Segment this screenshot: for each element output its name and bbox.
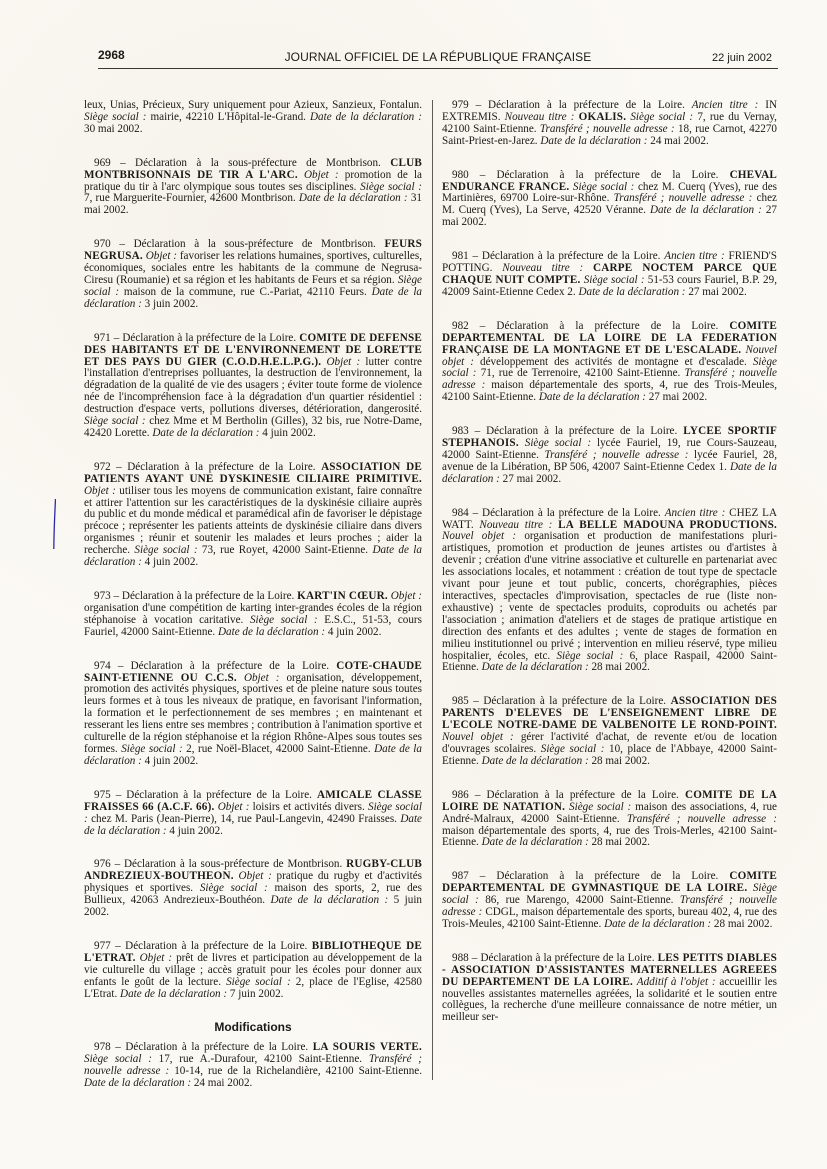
declaration-entry: 969 – Déclaration à la sous-préfecture d…: [84, 158, 422, 218]
declaration-entry: 981 – Déclaration à la préfecture de la …: [442, 251, 777, 299]
entry-intro: 971 – Déclaration à la préfecture de la …: [94, 332, 296, 344]
section-heading-modifications: Modifications: [84, 1022, 422, 1034]
declaration-entry: 986 – Déclaration à la préfecture de la …: [442, 790, 777, 850]
entry-date: 4 juin 2002.: [169, 825, 223, 837]
entry-siege: 86, rue Marengo, 42000 Saint-Etienne.: [485, 894, 673, 906]
entry-date: 28 mai 2002.: [591, 836, 649, 848]
entry-date: 28 mai 2002.: [591, 661, 649, 673]
declaration-entry: 971 – Déclaration à la préfecture de la …: [84, 333, 422, 440]
declaration-entry: 974 – Déclaration à la préfecture de la …: [84, 661, 422, 768]
entry-intro: 976 – Déclaration à la sous-préfecture d…: [94, 858, 342, 870]
left-entries: 969 – Déclaration à la sous-préfecture d…: [84, 158, 422, 1001]
association-name: KART'IN CŒUR.: [297, 590, 388, 602]
entry-intro: 982 – Déclaration à la préfecture de la …: [452, 320, 718, 332]
entry-siege: maison de la commune, rue C.-Pariat, 421…: [124, 286, 367, 298]
right-entries: 979 – Déclaration à la préfecture de la …: [442, 100, 777, 1024]
right-column: 979 – Déclaration à la préfecture de la …: [442, 100, 777, 1046]
entry-intro: 983 – Déclaration à la préfecture de la …: [452, 425, 677, 437]
entry-intro: 987 – Déclaration à la préfecture de la …: [452, 870, 718, 882]
entry-siege: chez M. Paris (Jean-Pierre), 14, rue Pau…: [91, 813, 397, 825]
declaration-entry: 972 – Déclaration à la préfecture de la …: [84, 462, 422, 569]
entry-intro: 980 – Déclaration à la préfecture de la …: [452, 169, 718, 181]
entry-intro: 972 – Déclaration à la préfecture de la …: [94, 461, 316, 473]
entry-siege: 71, rue de Terrenoire, 42100 Saint-Etien…: [481, 367, 681, 379]
declaration-entry: 976 – Déclaration à la sous-préfecture d…: [84, 859, 422, 919]
declaration-entry: 980 – Déclaration à la préfecture de la …: [442, 170, 777, 230]
entry-intro: 984 – Déclaration à la préfecture de la …: [452, 507, 661, 519]
entry-date: 4 juin 2002.: [145, 755, 199, 767]
declaration-entry: 977 – Déclaration à la préfecture de la …: [84, 941, 422, 1001]
entry-siege: 7, rue Marguerite-Fournier, 42600 Montbr…: [84, 192, 296, 204]
entry-date: 4 juin 2002.: [262, 427, 316, 439]
entry-date: 27 mai 2002.: [503, 473, 561, 485]
entry-intro: 988 – Déclaration à la préfecture de la …: [452, 952, 655, 964]
declaration-entry: 970 – Déclaration à la sous-préfecture d…: [84, 239, 422, 310]
journal-title: JOURNAL OFFICIEL DE LA RÉPUBLIQUE FRANÇA…: [98, 50, 778, 64]
declaration-entry: 988 – Déclaration à la préfecture de la …: [442, 953, 777, 1024]
association-name: LA BELLE MADOUNA PRODUCTIONS.: [558, 519, 777, 531]
pen-margin-mark: [53, 498, 56, 550]
entry-date: 27 mai 2002.: [649, 391, 707, 403]
entry-intro: 970 – Déclaration à la sous-préfecture d…: [94, 238, 376, 250]
column-divider: [432, 100, 433, 1080]
entry-date: 28 mai 2002.: [714, 918, 772, 930]
declaration-entry: 979 – Déclaration à la préfecture de la …: [442, 100, 777, 148]
entry-date: 27 mai 2002.: [688, 286, 746, 298]
continuation-paragraph: leux, Unias, Précieux, Sury uniquement p…: [84, 100, 422, 136]
entry-date: 3 juin 2002.: [145, 298, 199, 310]
entry-siege: 73, rue Royet, 42000 Saint-Etienne.: [202, 544, 368, 556]
declaration-entry: 983 – Déclaration à la préfecture de la …: [442, 426, 777, 486]
entry-intro: 974 – Déclaration à la préfecture de la …: [94, 660, 329, 672]
declaration-entry: 987 – Déclaration à la préfecture de la …: [442, 871, 777, 931]
entry-intro: 969 – Déclaration à la sous-préfecture d…: [94, 157, 381, 169]
declaration-entry: 973 – Déclaration à la préfecture de la …: [84, 591, 422, 639]
association-name: LA SOURIS VERTE.: [313, 1041, 422, 1053]
declaration-entry: 985 – Déclaration à la préfecture de la …: [442, 696, 777, 767]
modification-entry: 978 – Déclaration à la préfecture de la …: [84, 1042, 422, 1090]
declaration-entry: 982 – Déclaration à la préfecture de la …: [442, 321, 777, 404]
declaration-entry: 975 – Déclaration à la préfecture de la …: [84, 790, 422, 838]
entry-siege: 2, rue Noël-Blacet, 42000 Saint-Etienne.: [186, 743, 370, 755]
association-name: OKALIS.: [579, 111, 627, 123]
entry-date: 28 mai 2002.: [591, 755, 649, 767]
entry-intro: 986 – Déclaration à la préfecture de la …: [452, 789, 679, 801]
declaration-entry: 984 – Déclaration à la préfecture de la …: [442, 508, 777, 675]
entry-date: 4 juin 2002.: [328, 626, 382, 638]
entry-date: 7 juin 2002.: [230, 988, 284, 1000]
entry-date: 24 mai 2002.: [650, 135, 708, 147]
entry-intro: 977 – Déclaration à la préfecture de la …: [94, 940, 307, 952]
entry-nouvel-objet: organisation et production de manifestat…: [442, 530, 777, 661]
entry-intro: 975 – Déclaration à la préfecture de la …: [94, 789, 312, 801]
issue-date: 22 juin 2002: [712, 52, 772, 64]
entry-intro: 985 – Déclaration à la préfecture de la …: [452, 695, 666, 707]
entry-objet: loisirs et activités divers.: [253, 801, 365, 813]
page-header: 2968 JOURNAL OFFICIEL DE LA RÉPUBLIQUE F…: [98, 46, 778, 69]
left-column: leux, Unias, Précieux, Sury uniquement p…: [84, 100, 422, 1112]
entry-intro: 973 – Déclaration à la préfecture de la …: [94, 590, 294, 602]
entry-intro: 981 – Déclaration à la préfecture de la …: [452, 250, 660, 262]
entry-intro: 979 – Déclaration à la préfecture de la …: [452, 99, 685, 111]
entry-date: 4 juin 2002.: [145, 556, 199, 568]
entry-nouvel-objet: développement des activités de montagne …: [480, 356, 747, 368]
